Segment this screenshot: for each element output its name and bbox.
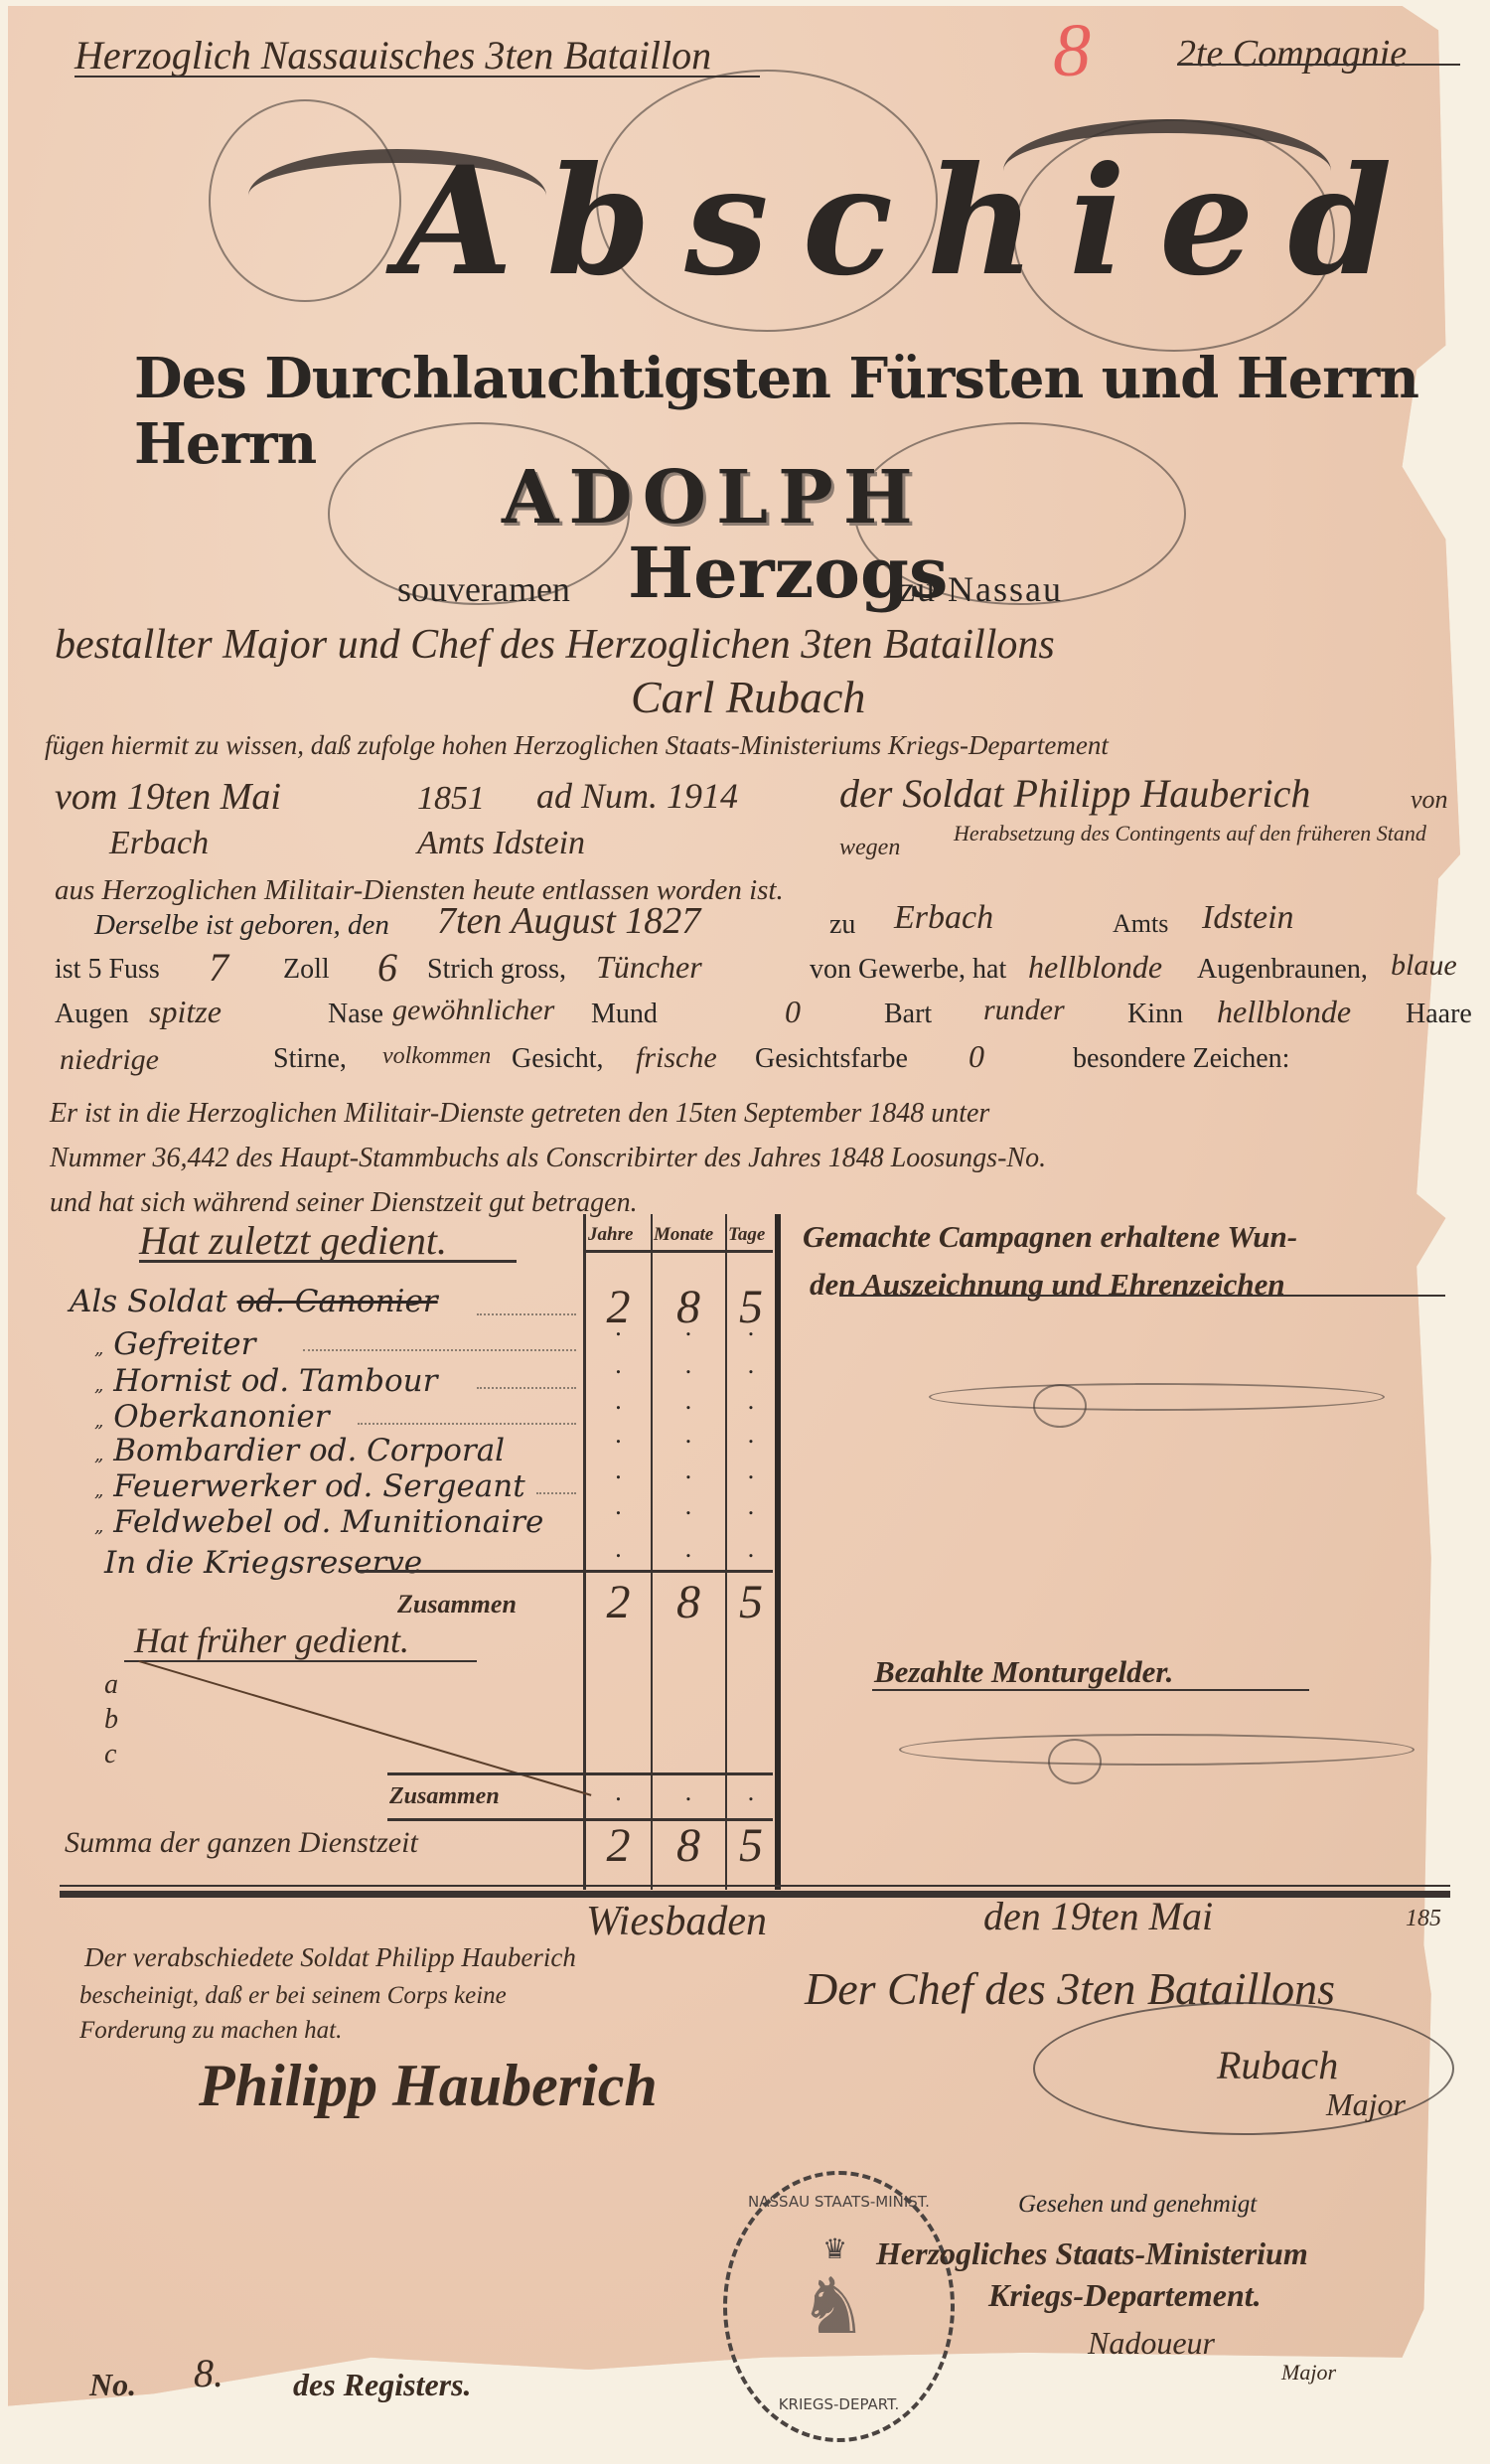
row-value-tage: .	[727, 1492, 775, 1520]
forehead-label: Stirne,	[273, 1043, 347, 1075]
col-header-monate: Monate	[654, 1224, 713, 1246]
row-value-tage: .	[727, 1535, 775, 1563]
col-header-jahre: Jahre	[588, 1224, 633, 1246]
row-value-tage: .	[727, 1313, 775, 1341]
chin-label: Kinn	[1127, 999, 1183, 1030]
row-label: Als Soldat	[70, 1284, 227, 1319]
row-label: Feldwebel od. Munitionaire	[113, 1504, 543, 1540]
approval-line-2: Herzogliches Staats-Ministerium	[876, 2235, 1308, 2272]
issue-date: den 19ten Mai	[983, 1893, 1213, 1939]
born-date: 7ten August 1827	[437, 899, 700, 943]
row-leader	[303, 1349, 576, 1351]
eyebrows-label: Augenbraunen,	[1197, 954, 1368, 986]
approval-rank: Major	[1281, 2360, 1336, 2386]
archive-number-mark: 8	[1053, 8, 1091, 94]
register-prefix: No.	[89, 2367, 136, 2403]
row-value-monate: .	[653, 1313, 724, 1341]
soldier-signature: Philipp Hauberich	[199, 2052, 658, 2120]
chief-signature: Rubach	[1217, 2042, 1338, 2088]
forehead-value: niedrige	[60, 1043, 159, 1077]
row-value-jahre: .	[586, 1351, 651, 1379]
approval-line-1: Gesehen und genehmigt	[1018, 2191, 1257, 2219]
subtotal-rule	[358, 1570, 773, 1573]
title-line-duke-suffix: zu Nassau	[899, 568, 1063, 610]
row-label: Oberkanonier	[113, 1399, 329, 1435]
row-value-jahre: .	[586, 1492, 651, 1520]
row-value-jahre: .	[586, 1457, 651, 1484]
row-value-monate: .	[653, 1535, 724, 1563]
conduct-line: und hat sich während seiner Dienstzeit g…	[50, 1187, 638, 1219]
eyes-label: Augen	[55, 999, 129, 1030]
earlier-subtotal-tage: .	[727, 1778, 775, 1806]
total-tage: 5	[727, 1818, 775, 1873]
table-row: „ Hornist od. Tambour	[94, 1363, 437, 1399]
marks-value: 0	[968, 1038, 984, 1075]
empty-field-flourish	[1048, 1739, 1102, 1784]
discharge-date: vom 19ten Mai	[55, 775, 281, 819]
issue-year: 185	[1406, 1906, 1441, 1932]
chin-value: runder	[983, 994, 1065, 1027]
issue-place: Wiesbaden	[586, 1898, 767, 1945]
row-value-jahre: .	[586, 1421, 651, 1449]
row-value-tage: .	[727, 1387, 775, 1415]
table-row: „ Oberkanonier	[94, 1399, 330, 1435]
table-row: „ Bombardier od. Corporal	[94, 1433, 505, 1468]
row-prefix: „	[94, 1411, 103, 1432]
row-value-monate: .	[653, 1492, 724, 1520]
campaigns-heading-2: den Auszeichnung und Ehrenzeichen	[810, 1267, 1285, 1303]
company-header: 2te Compagnie	[1177, 32, 1407, 76]
earlier-row-c: c	[104, 1739, 116, 1771]
row-label: Bombardier od. Corporal	[113, 1433, 505, 1468]
uniform-money-heading: Bezahlte Monturgelder.	[874, 1654, 1173, 1690]
eyebrows-value: hellblonde	[1028, 949, 1162, 986]
earlier-row-b: b	[104, 1704, 118, 1736]
reason-label: wegen	[839, 835, 900, 861]
issuer-name: Carl Rubach	[631, 671, 865, 723]
row-value-tage: .	[727, 1421, 775, 1449]
row-value-tage: .	[727, 1457, 775, 1484]
trade-value: Tüncher	[596, 949, 702, 986]
empty-field-flourish	[1033, 1384, 1087, 1428]
row-value-monate: .	[653, 1421, 724, 1449]
home-district: Amts Idstein	[417, 825, 585, 862]
title-line-duke-prefix: souveramen	[397, 568, 570, 610]
strich-label: Strich gross,	[427, 954, 566, 986]
row-value-jahre: .	[586, 1387, 651, 1415]
seal-text-top: NASSAU STAATS-MINIST.	[747, 2193, 931, 2211]
battalion-underline	[74, 76, 760, 77]
earlier-row-a: a	[104, 1669, 118, 1701]
service-heading-underline	[139, 1260, 517, 1263]
company-underline	[1177, 64, 1460, 66]
chief-rank: Major	[1326, 2086, 1406, 2123]
beard-label: Bart	[884, 999, 932, 1030]
row-value-tage: .	[727, 1351, 775, 1379]
document-title: Abschied	[397, 134, 1425, 309]
nose-value: spitze	[149, 994, 222, 1030]
complexion-label: Gesichtsfarbe	[755, 1043, 908, 1075]
row-value-jahre: .	[586, 1313, 651, 1341]
born-district: Idstein	[1202, 899, 1294, 937]
col-header-tage: Tage	[728, 1224, 765, 1246]
row-leader	[358, 1423, 576, 1425]
row-prefix: „	[94, 1516, 103, 1537]
soldier-declaration-3: Forderung zu machen hat.	[79, 2017, 342, 2045]
nose-label: Nase	[328, 999, 383, 1030]
row-label: Hornist od. Tambour	[113, 1363, 437, 1399]
earlier-service-heading: Hat früher gedient.	[134, 1619, 409, 1661]
approval-signature: Nadoueur	[1088, 2325, 1215, 2362]
subtotal-label: Zusammen	[397, 1590, 517, 1619]
row-prefix: „	[94, 1480, 103, 1501]
row-struck-label: od. Canonier	[237, 1284, 438, 1319]
row-prefix: „	[94, 1445, 103, 1465]
ministry-seal-stamp: NASSAU STAATS-MINIST. ♛ ♞ KRIEGS-DEPART.	[723, 2171, 955, 2442]
empty-field-flourish	[929, 1383, 1385, 1411]
table-bottom-rule-thin	[60, 1885, 1450, 1887]
subtotal-monate: 8	[653, 1575, 724, 1629]
body-von: von	[1411, 785, 1448, 815]
born-label: Derselbe ist geboren, den	[94, 909, 389, 942]
soldier-declaration-2: bescheinigt, daß er bei seinem Corps kei…	[79, 1982, 507, 2010]
crown-icon: ♛	[822, 2233, 847, 2265]
row-leader	[536, 1492, 576, 1494]
row-value-monate: .	[653, 1351, 724, 1379]
issuer-title: bestallter Major und Chef des Herzoglich…	[55, 621, 1055, 669]
subtotal-jahre: 2	[586, 1575, 651, 1629]
row-prefix: „	[94, 1375, 103, 1396]
earlier-subtotal-rule	[387, 1772, 773, 1775]
row-prefix: „	[94, 1338, 103, 1359]
born-at-label: zu	[829, 909, 855, 941]
eyes-value: blaue	[1391, 949, 1457, 983]
decree-number: ad Num. 1914	[536, 775, 738, 817]
register-number: 8.	[194, 2350, 223, 2396]
service-entry-line: Er ist in die Herzoglichen Militair-Dien…	[50, 1098, 989, 1130]
row-leader	[477, 1387, 576, 1389]
row-value-jahre: .	[586, 1535, 651, 1563]
approval-line-3: Kriegs-Departement.	[988, 2277, 1262, 2314]
earlier-subtotal-monate: .	[653, 1778, 724, 1806]
amts-label: Amts	[1113, 909, 1168, 939]
face-value: volkommen	[382, 1043, 491, 1070]
height-strich-value: 6	[377, 944, 397, 991]
born-place: Erbach	[894, 899, 993, 937]
home-village: Erbach	[109, 825, 209, 862]
lion-emblem-icon: ♞	[799, 2262, 868, 2352]
beard-value: 0	[785, 994, 801, 1030]
earlier-heading-underline	[124, 1660, 477, 1662]
table-row: „ Feldwebel od. Munitionaire	[94, 1504, 543, 1540]
table-row: „ Feuerwerker od. Sergeant	[94, 1468, 525, 1504]
table-row: Als Soldat od. Canonier	[70, 1284, 438, 1319]
col-header-underline	[586, 1250, 773, 1253]
table-row: In die Kriegsreserve	[104, 1545, 422, 1581]
register-suffix: des Registers.	[293, 2367, 472, 2403]
row-leader	[477, 1313, 576, 1315]
hair-label: Haare	[1406, 999, 1472, 1030]
row-label: Gefreiter	[113, 1326, 255, 1362]
earlier-subtotal-jahre: .	[586, 1778, 651, 1806]
earlier-subtotal-label: Zusammen	[389, 1783, 500, 1810]
table-row: „ Gefreiter	[94, 1326, 255, 1362]
discharge-year: 1851	[417, 780, 485, 818]
soldier-name: der Soldat Philipp Hauberich	[839, 770, 1310, 817]
row-label: Feuerwerker od. Sergeant	[113, 1468, 525, 1504]
row-label: In die Kriegsreserve	[104, 1545, 422, 1581]
empty-field-flourish	[899, 1734, 1415, 1766]
total-jahre: 2	[586, 1818, 651, 1873]
soldier-declaration-1: Der verabschiedete Soldat Philipp Hauber…	[84, 1942, 576, 1973]
campaigns-heading-1: Gemachte Campagnen erhaltene Wun-	[803, 1219, 1297, 1255]
uniform-underline	[872, 1689, 1309, 1691]
mouth-label: Mund	[591, 999, 658, 1030]
campaigns-underline	[839, 1295, 1445, 1297]
total-label: Summa der ganzen Dienstzeit	[65, 1826, 418, 1860]
discharge-reason: Herabsetzung des Contingents auf den frü…	[954, 820, 1460, 847]
height-label: ist 5 Fuss	[55, 954, 160, 986]
service-register-line: Nummer 36,442 des Haupt-Stammbuchs als C…	[50, 1143, 1046, 1174]
height-zoll-value: 7	[209, 944, 228, 991]
hair-value: hellblonde	[1217, 994, 1351, 1030]
mouth-value: gewöhnlicher	[392, 994, 554, 1027]
table-bottom-rule-thick	[60, 1891, 1450, 1898]
row-value-monate: .	[653, 1457, 724, 1484]
table-column-divider	[775, 1214, 781, 1890]
duke-name: ADOLPH	[502, 455, 923, 540]
trade-label: von Gewerbe, hat	[810, 954, 1006, 986]
row-value-monate: .	[653, 1387, 724, 1415]
battalion-header: Herzoglich Nassauisches 3ten Bataillon	[74, 32, 711, 78]
service-heading: Hat zuletzt gedient.	[139, 1217, 447, 1264]
body-line-1: fügen hiermit zu wissen, daß zufolge hoh…	[45, 730, 1109, 761]
complexion-value: frische	[636, 1041, 717, 1075]
seal-text-bottom: KRIEGS-DEPART.	[747, 2395, 931, 2413]
face-label: Gesicht,	[512, 1043, 604, 1075]
marks-label: besondere Zeichen:	[1073, 1043, 1289, 1075]
subtotal-tage: 5	[727, 1575, 775, 1629]
total-monate: 8	[653, 1818, 724, 1873]
zoll-label: Zoll	[283, 954, 330, 986]
